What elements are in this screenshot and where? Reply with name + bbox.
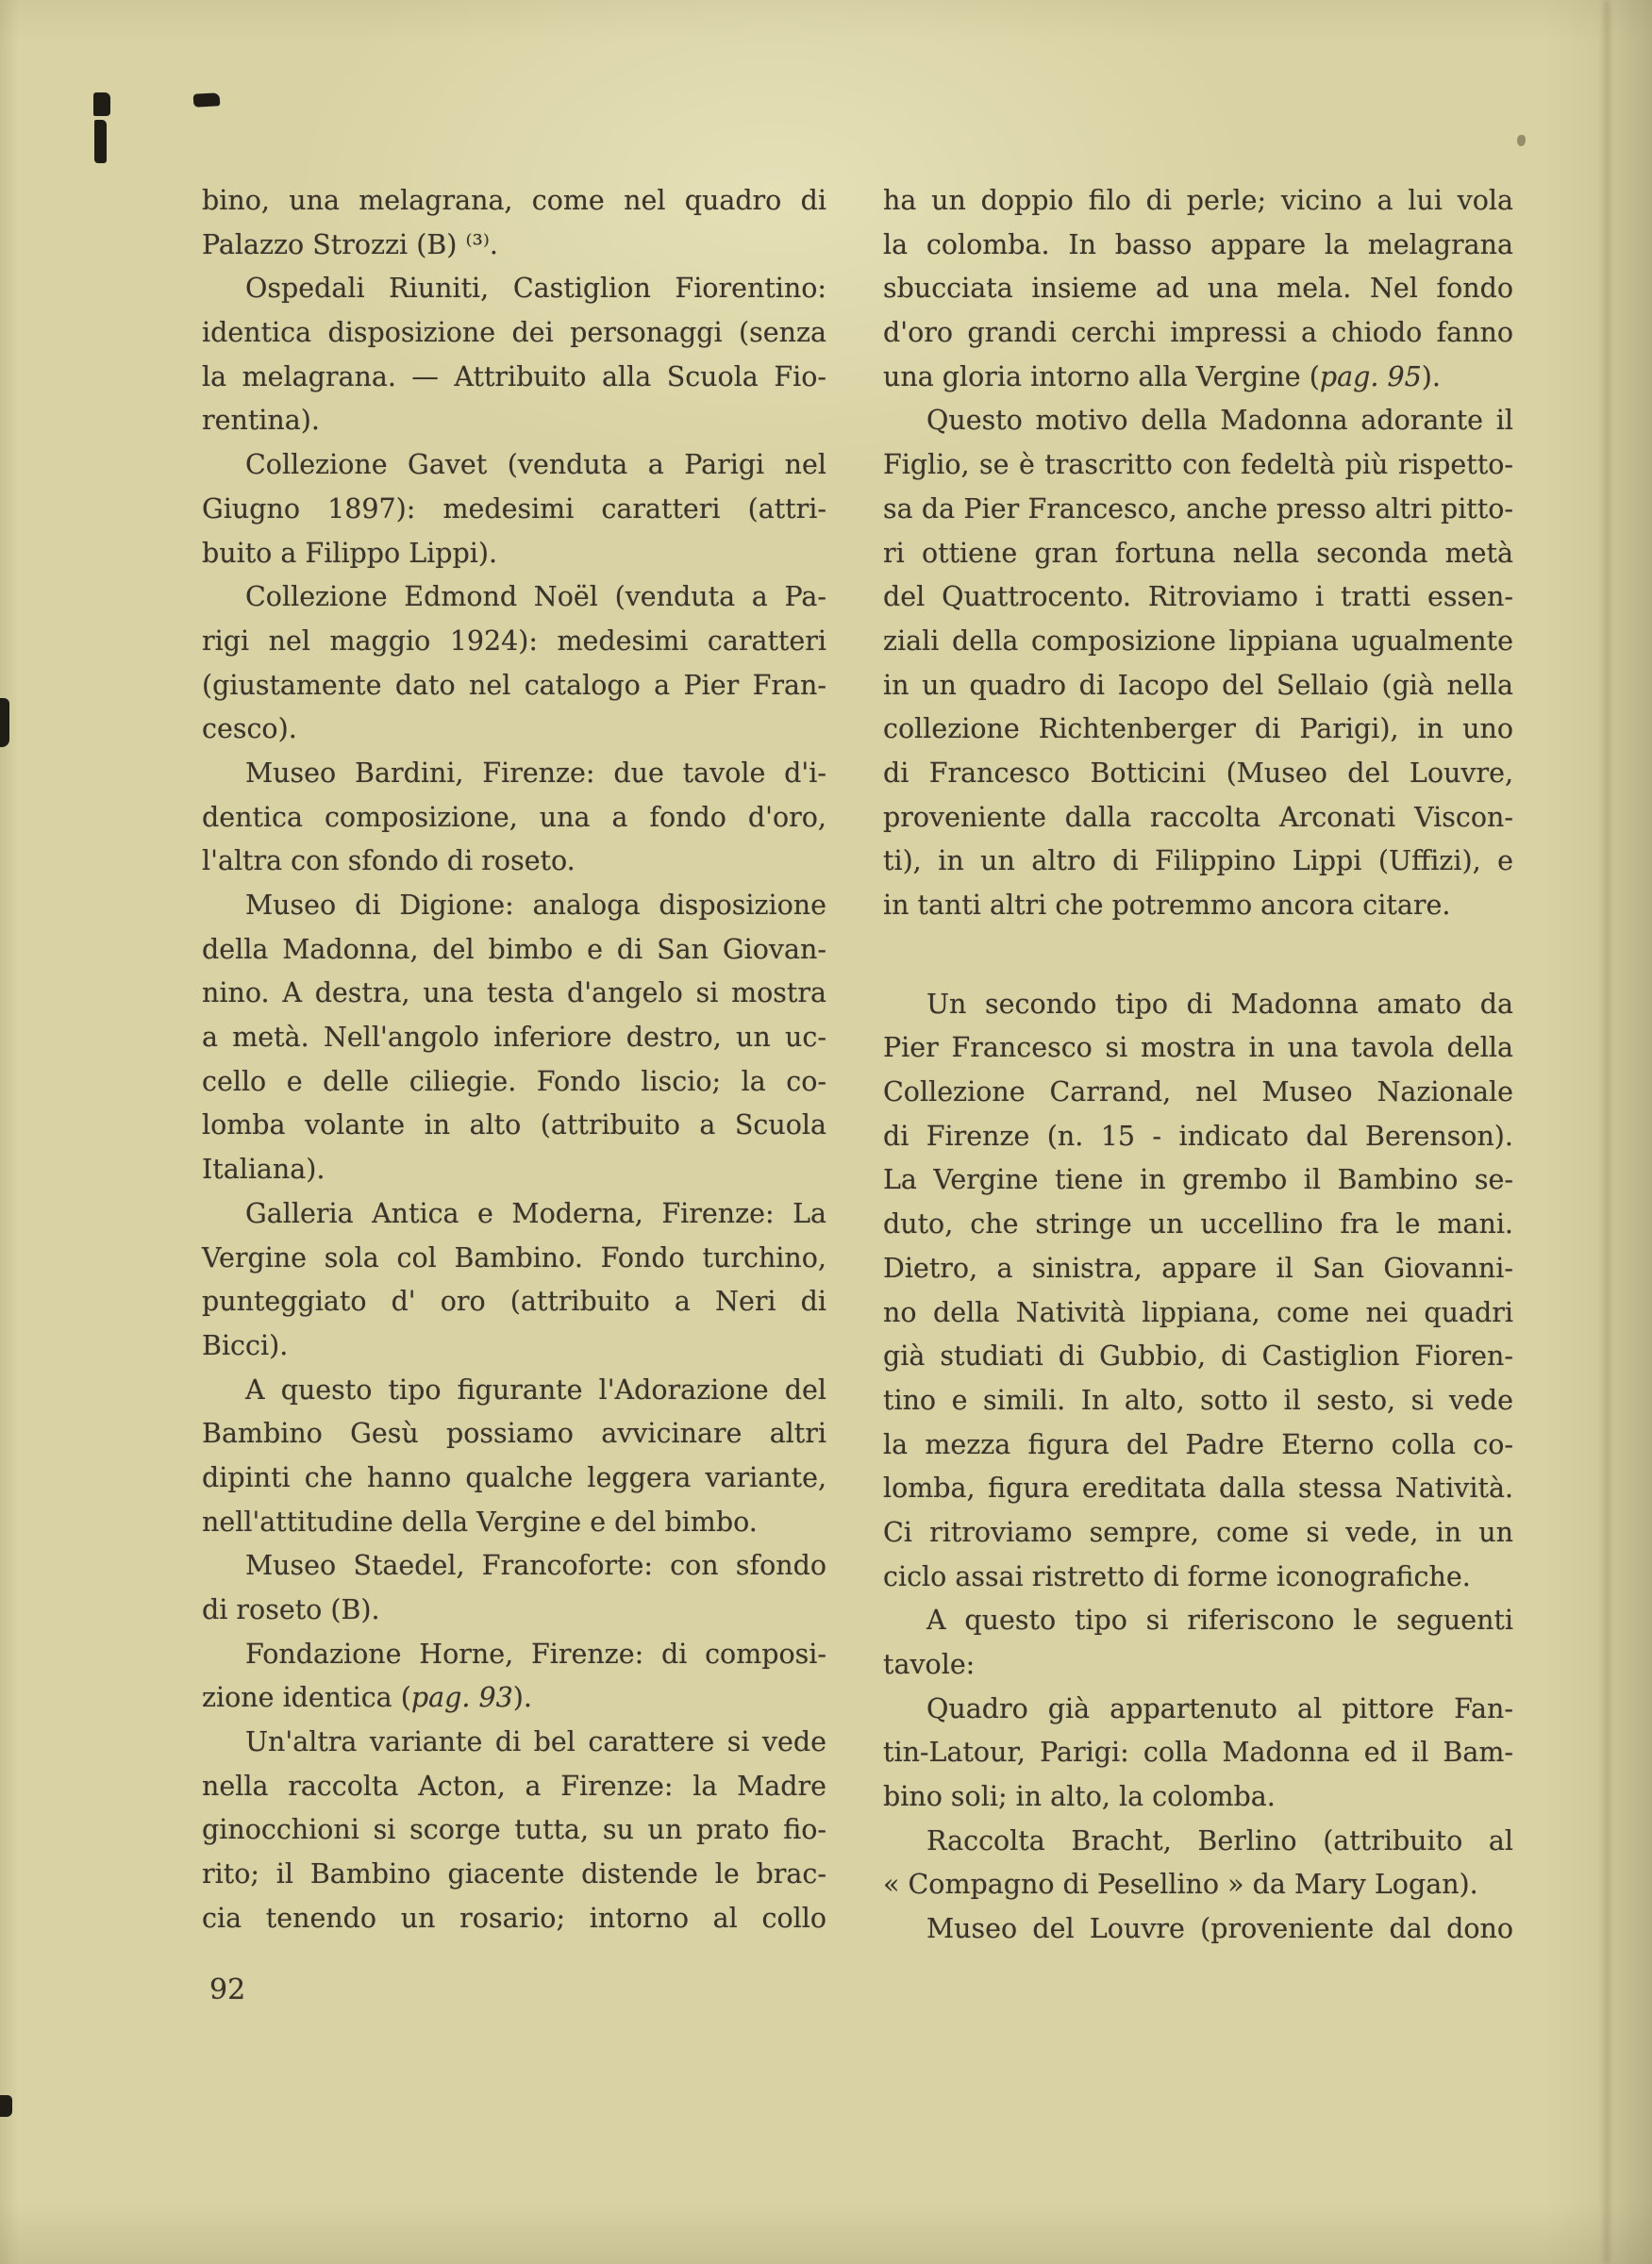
text-line: cesco). [202,707,826,752]
text-line: ti), in un altro di Filippino Lippi (Uff… [883,840,1513,884]
text-line: della Madonna, del bimbo e di San Giovan… [202,928,826,973]
text-line: tin-Latour, Parigi: colla Madonna ed il … [883,1731,1513,1775]
text-line: Museo Bardini, Firenze: due tavole d'i- [202,752,826,796]
text-line: tavole: [883,1643,1513,1688]
text-line: dipinti che hanno qualche leggera varian… [202,1457,826,1501]
text-line: Museo del Louvre (proveniente dal dono [883,1907,1513,1952]
text-line: d'oro grandi cerchi impressi a chiodo fa… [883,311,1513,356]
text-line: (giustamente dato nel catalogo a Pier Fr… [202,664,826,708]
text-line: Questo motivo della Madonna adorante il [883,399,1513,443]
text-line: Italiana). [202,1148,826,1192]
text-line: Vergine sola col Bambino. Fondo turchino… [202,1237,826,1281]
page-number: 92 [209,1972,245,2009]
text-line: sa da Pier Francesco, anche presso altri… [883,488,1513,532]
text-line: la melagrana. — Attribuito alla Scuola F… [202,356,826,400]
text-line: Fondazione Horne, Firenze: di composi- [202,1633,826,1677]
text-line: Museo Staedel, Francoforte: con sfondo [202,1544,826,1589]
text-line: ri ottiene gran fortuna nella seconda me… [883,532,1513,576]
text-line: nino. A destra, una testa d'angelo si mo… [202,972,826,1016]
text-line: una gloria intorno alla Vergine (pag. 95… [883,356,1513,400]
text-line: La Vergine tiene in grembo il Bambino se… [883,1158,1513,1203]
text-line: rentina). [202,399,826,443]
text-line: già studiati di Gubbio, di Castiglion Fi… [883,1335,1513,1379]
text-line: Collezione Gavet (venduta a Parigi nel [202,443,826,488]
text-line: sbucciata insieme ad una mela. Nel fondo [883,267,1513,311]
text-line: Un secondo tipo di Madonna amato da [883,983,1513,1027]
text-line: Bambino Gesù possiamo avvicinare altri [202,1412,826,1457]
text-line: in un quadro di Iacopo del Sellaio (già … [883,664,1513,708]
text-line: Collezione Edmond Noël (venduta a Pa- [202,575,826,620]
text-line: Ci ritroviamo sempre, come si vede, in u… [883,1511,1513,1556]
text-line: di Firenze (n. 15 - indicato dal Berenso… [883,1115,1513,1159]
text-line: ha un doppio filo di perle; vicino a lui… [883,179,1513,224]
text-line: nell'attitudine della Vergine e del bimb… [202,1501,826,1545]
text-line: del Quattrocento. Ritroviamo i tratti es… [883,575,1513,620]
text-line: proveniente dalla raccolta Arconati Visc… [883,796,1513,841]
text-line: di Francesco Botticini (Museo del Louvre… [883,752,1513,796]
text-line: Dietro, a sinistra, appare il San Giovan… [883,1247,1513,1291]
text-line: A questo tipo figurante l'Adorazione del [202,1369,826,1413]
text-line: punteggiato d' oro (attribuito a Neri di [202,1280,826,1324]
text-line: Ospedali Riuniti, Castiglion Fiorentino: [202,267,826,311]
scan-ink-speck [193,92,221,107]
text-column-right: ha un doppio filo di perle; vicino a lui… [883,179,1513,1952]
text-line: Palazzo Strozzi (B) ⁽³⁾. [202,224,826,268]
scan-edge-mark [0,698,9,747]
text-line: Galleria Antica e Moderna, Firenze: La [202,1192,826,1237]
text-line: Collezione Carrand, nel Museo Nazionale [883,1071,1513,1115]
text-line: A questo tipo si riferiscono le seguenti [883,1599,1513,1643]
page-crease-shadow [1604,0,1610,2264]
scan-ink-speck [1517,135,1526,146]
text-line: l'altra con sfondo di roseto. [202,840,826,884]
text-line: nella raccolta Acton, a Firenze: la Madr… [202,1765,826,1809]
text-line: in tanti altri che potremmo ancora citar… [883,884,1513,928]
scan-ink-speck [94,120,107,163]
text-line: tino e simili. In alto, sotto il sesto, … [883,1379,1513,1423]
text-line: la mezza figura del Padre Eterno colla c… [883,1423,1513,1468]
text-line: collezione Richtenberger di Parigi), in … [883,707,1513,752]
text-line: lomba volante in alto (attribuito a Scuo… [202,1104,826,1148]
text-line: identica disposizione dei personaggi (se… [202,311,826,356]
text-line: rito; il Bambino giacente distende le br… [202,1853,826,1897]
text-line: a metà. Nell'angolo inferiore destro, un… [202,1016,826,1060]
text-line: zione identica (pag. 93). [202,1676,826,1721]
text-line: dentica composizione, una a fondo d'oro, [202,796,826,841]
text-line: buito a Filippo Lippi). [202,532,826,576]
text-line: no della Natività lippiana, come nei qua… [883,1291,1513,1336]
book-page-scan: bino, una melagrana, come nel quadro diP… [0,0,1652,2264]
text-line: lomba, figura ereditata dalla stessa Nat… [883,1467,1513,1511]
text-line: cello e delle ciliegie. Fondo liscio; la… [202,1060,826,1105]
text-line: di roseto (B). [202,1589,826,1633]
text-line: Giugno 1897): medesimi caratteri (attri- [202,488,826,532]
text-line: Raccolta Bracht, Berlino (attribuito al [883,1820,1513,1864]
text-line: bino, una melagrana, come nel quadro di [202,179,826,224]
text-line: Figlio, se è trascritto con fedeltà più … [883,443,1513,488]
text-line: Quadro già appartenuto al pittore Fan- [883,1688,1513,1732]
text-line: Bicci). [202,1324,826,1369]
text-line: « Compagno di Pesellino » da Mary Logan)… [883,1863,1513,1907]
text-line: ginocchioni si scorge tutta, su un prato… [202,1808,826,1853]
text-line: la colomba. In basso appare la melagrana [883,224,1513,268]
text-line: Un'altra variante di bel carattere si ve… [202,1721,826,1765]
text-column-left: bino, una melagrana, come nel quadro diP… [202,179,826,1941]
text-line: Museo di Digione: analoga disposizione [202,884,826,928]
scan-ink-speck [93,92,110,116]
text-line: cia tenendo un rosario; intorno al collo [202,1897,826,1941]
text-line: bino soli; in alto, la colomba. [883,1775,1513,1820]
text-line: duto, che stringe un uccellino fra le ma… [883,1203,1513,1247]
text-line: ziali della composizione lippiana ugualm… [883,620,1513,664]
scan-edge-mark [0,2095,12,2117]
text-line: ciclo assai ristretto di forme iconograf… [883,1556,1513,1600]
text-line: rigi nel maggio 1924): medesimi caratter… [202,620,826,664]
text-line: Pier Francesco si mostra in una tavola d… [883,1026,1513,1071]
